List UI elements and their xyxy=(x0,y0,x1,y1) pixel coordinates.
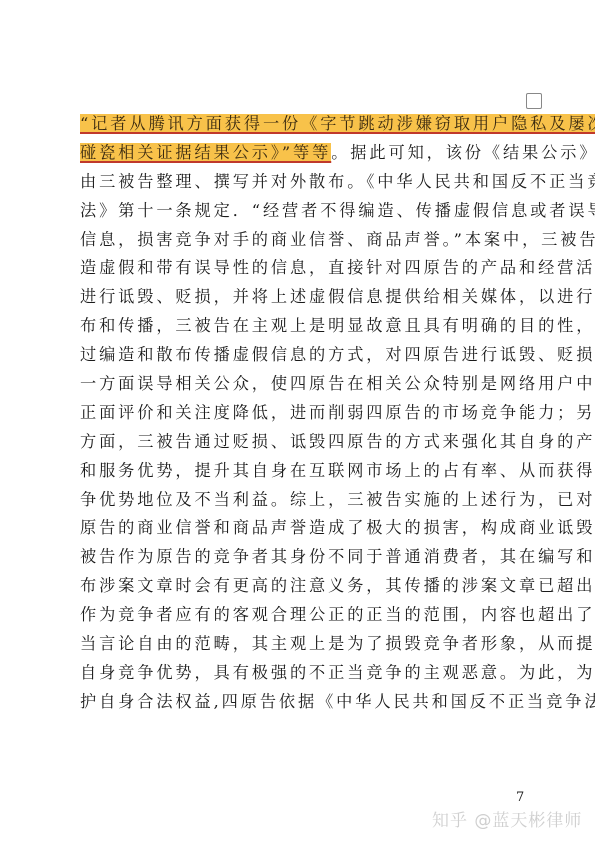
text-line: 一方面误导相关公众，使四原告在相关公众特别是网络用户中的 xyxy=(80,370,532,399)
text-segment: 方面，三被告通过贬损、诋毁四原告的方式来强化其自身的产品 xyxy=(80,432,595,451)
highlighted-text: 碰瓷相关证据结果公示》”等等 xyxy=(80,143,331,162)
text-line: 原告的商业信誉和商品声誉造成了极大的损害，构成商业诋毁。 xyxy=(80,514,532,543)
text-line: 自身竞争优势，具有极强的不正当竞争的主观恶意。为此，为维 xyxy=(80,659,532,688)
highlighted-text: “记者从腾讯方面获得一份《字节跳动涉嫌窃取用户隐私及屡次 xyxy=(80,114,595,133)
text-line: “记者从腾讯方面获得一份《字节跳动涉嫌窃取用户隐私及屡次 xyxy=(80,110,532,139)
text-segment: 法》第十一条规定．“经营者不得编造、传播虚假信息或者误导性 xyxy=(80,201,595,220)
text-line: 法》第十一条规定．“经营者不得编造、传播虚假信息或者误导性 xyxy=(80,197,532,226)
text-segment: 被告作为原告的竞争者其身份不同于普通消费者，其在编写和散 xyxy=(80,547,595,566)
text-line: 作为竞争者应有的客观合理公正的正当的范围，内容也超出了正 xyxy=(80,601,532,630)
checkbox-icon[interactable] xyxy=(526,93,542,109)
text-line: 碰瓷相关证据结果公示》”等等。据此可知，该份《结果公示》系 xyxy=(80,139,532,168)
text-line: 正面评价和关注度降低，进而削弱四原告的市场竞争能力；另一 xyxy=(80,399,532,428)
watermark: 知乎 @蓝天彬律师 xyxy=(432,806,582,831)
text-line: 当言论自由的范畴，其主观上是为了损毁竞争者形象，从而提升 xyxy=(80,630,532,659)
text-line: 信息，损害竞争对手的商业信誉、商品声誉。”本案中，三被告编 xyxy=(80,226,532,255)
text-line: 争优势地位及不当利益。综上，三被告实施的上述行为，已对四 xyxy=(80,486,532,515)
text-segment: 布和传播，三被告在主观上是明显故意且具有明确的目的性，通 xyxy=(80,316,595,335)
text-segment: 进行诋毁、贬损，并将上述虚假信息提供给相关媒体，以进行散 xyxy=(80,287,595,306)
text-line: 方面，三被告通过贬损、诋毁四原告的方式来强化其自身的产品 xyxy=(80,428,532,457)
text-segment: 作为竞争者应有的客观合理公正的正当的范围，内容也超出了正 xyxy=(80,605,595,624)
text-line: 过编造和散布传播虚假信息的方式，对四原告进行诋毁、贬损， xyxy=(80,341,532,370)
text-segment: 当言论自由的范畴，其主观上是为了损毁竞争者形象，从而提升 xyxy=(80,634,595,653)
text-segment: 由三被告整理、撰写并对外散布。《中华人民共和国反不正当竞争 xyxy=(80,172,595,191)
text-line: 被告作为原告的竞争者其身份不同于普通消费者，其在编写和散 xyxy=(80,543,532,572)
text-line: 和服务优势，提升其自身在互联网市场上的占有率、从而获得竞 xyxy=(80,457,532,486)
text-line: 布和传播，三被告在主观上是明显故意且具有明确的目的性，通 xyxy=(80,312,532,341)
text-line: 进行诋毁、贬损，并将上述虚假信息提供给相关媒体，以进行散 xyxy=(80,283,532,312)
document-page: “记者从腾讯方面获得一份《字节跳动涉嫌窃取用户隐私及屡次碰瓷相关证据结果公示》”… xyxy=(0,0,595,842)
text-segment: 原告的商业信誉和商品声誉造成了极大的损害，构成商业诋毁。 xyxy=(80,518,595,537)
text-segment: 和服务优势，提升其自身在互联网市场上的占有率、从而获得竞 xyxy=(80,461,595,480)
text-segment: 正面评价和关注度降低，进而削弱四原告的市场竞争能力；另一 xyxy=(80,403,595,422)
body-text: “记者从腾讯方面获得一份《字节跳动涉嫌窃取用户隐私及屡次碰瓷相关证据结果公示》”… xyxy=(80,110,532,717)
text-line: 布涉案文章时会有更高的注意义务，其传播的涉案文章已超出其 xyxy=(80,572,532,601)
text-line: 造虚假和带有误导性的信息，直接针对四原告的产品和经营活动 xyxy=(80,254,532,283)
text-segment: 造虚假和带有误导性的信息，直接针对四原告的产品和经营活动 xyxy=(80,258,595,277)
page-number: 7 xyxy=(516,790,524,805)
text-segment: 护自身合法权益,四原告依据《中华人民共和国反不正当竞争法》 xyxy=(80,692,595,711)
text-segment: 布涉案文章时会有更高的注意义务，其传播的涉案文章已超出其 xyxy=(80,576,595,595)
text-segment: 过编造和散布传播虚假信息的方式，对四原告进行诋毁、贬损， xyxy=(80,345,595,364)
text-segment: 。据此可知，该份《结果公示》系 xyxy=(331,143,595,162)
text-segment: 自身竞争优势，具有极强的不正当竞争的主观恶意。为此，为维 xyxy=(80,663,595,682)
text-segment: 争优势地位及不当利益。综上，三被告实施的上述行为，已对四 xyxy=(80,490,595,509)
text-segment: 一方面误导相关公众，使四原告在相关公众特别是网络用户中的 xyxy=(80,374,595,393)
text-segment: 信息，损害竞争对手的商业信誉、商品声誉。”本案中，三被告编 xyxy=(80,230,595,249)
text-line: 护自身合法权益,四原告依据《中华人民共和国反不正当竞争法》 xyxy=(80,688,532,717)
text-line: 由三被告整理、撰写并对外散布。《中华人民共和国反不正当竞争 xyxy=(80,168,532,197)
